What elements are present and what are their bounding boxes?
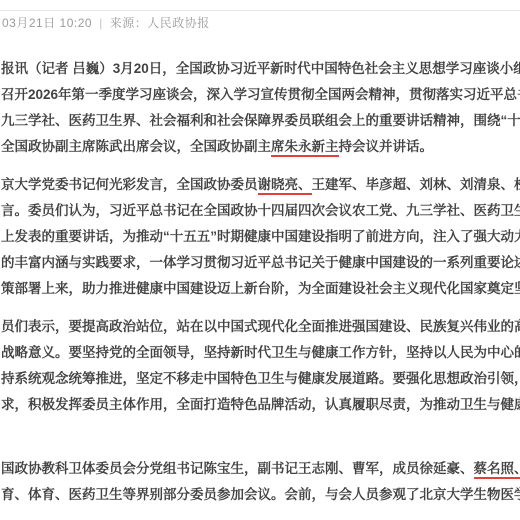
article: 报讯（记者 吕巍）3月20日，全国政协习近平新时代中国特色社会主义思想学习座谈小…: [1, 56, 520, 508]
text-segment: 九三学社、医药卫生界、社会福利和社会保障界委员联组会上的重要讲话精神，围绕“十五…: [1, 113, 520, 128]
meta-separator: |: [99, 16, 103, 30]
article-line: 九三学社、医药卫生界、社会福利和社会保障界委员联组会上的重要讲话精神，围绕“十五…: [1, 108, 520, 134]
paragraph: 京大学党委书记何光彩发言，全国政协委员谢晓亮、王建军、毕彦超、刘林、刘清泉、杜斌…: [1, 172, 520, 302]
article-line: 上发表的重要讲话，为推动“十五五”时期健康中国建设指明了前进方向，注入了强大动力: [1, 224, 520, 250]
article-line: 国政协教科卫体委员会分党组书记陈宝生，副书记王志刚、曹军，成员徐延豪、蔡名照、庹: [1, 456, 520, 482]
source-label: 来源：人民政协报: [110, 16, 210, 30]
text-segment: 策部署上来，助力推进健康中国建设迈上新台阶，为全面建设社会主义现代化国家奠定坚实: [1, 281, 520, 296]
text-segment: 京大学党委书记何光彩发言，全国政协委员: [1, 177, 258, 192]
article-page: 03月21日 10:20|来源：人民政协报 报讯（记者 吕巍）3月20日，全国政…: [0, 0, 520, 520]
text-segment: 员们表示，要提高政治站位，站在以中国式现代化全面推进强国建设、民族复兴伟业的高度: [1, 319, 520, 334]
text-segment: 的丰富内涵与实践要求，一体学习贯彻习近平总书记关于健康中国建设的一系列重要论述，: [1, 255, 520, 270]
article-line: 持系统观念统筹推进，坚定不移走中国特色卫生与健康发展道路。要强化思想政治引领，聚: [1, 366, 520, 392]
publish-datetime: 03月21日 10:20: [2, 16, 92, 30]
article-meta: 03月21日 10:20|来源：人民政协报: [2, 16, 210, 31]
text-segment: 王建军、毕彦超、刘林、刘清泉、杜斌: [312, 177, 520, 192]
text-segment: 持会议并讲话。: [339, 139, 434, 154]
text-segment: 国政协教科卫体委员会分党组书记陈宝生，副书记王志刚、曹军，成员徐延豪、: [1, 461, 474, 476]
text-segment: 战略意义。要坚持党的全面领导，坚持新时代卫生与健康工作方针，坚持以人民为中心的发: [1, 345, 520, 360]
annotated-name-link[interactable]: 谢晓亮、: [258, 177, 312, 195]
article-line: 言。委员们认为，习近平总书记在全国政协十四届四次会议农工党、九三学社、医药卫生界: [1, 198, 520, 224]
top-divider: [0, 10, 520, 11]
text-segment: 召开2026年第一季度学习座谈会，深入学习宣传贯彻全国两会精神，贯彻落实习近平总…: [1, 87, 520, 102]
article-line: 报讯（记者 吕巍）3月20日，全国政协习近平新时代中国特色社会主义思想学习座谈小…: [1, 56, 520, 82]
paragraph: 员们表示，要提高政治站位，站在以中国式现代化全面推进强国建设、民族复兴伟业的高度…: [1, 314, 520, 418]
article-line: 全国政协副主席陈武出席会议，全国政协副主席朱永新主持会议并讲话。: [1, 134, 520, 160]
annotated-name-link[interactable]: 席朱永新主: [271, 139, 339, 157]
text-segment: 全国政协副主席陈武出席会议，全国政协副主: [1, 139, 271, 154]
text-segment: 上发表的重要讲话，为推动“十五五”时期健康中国建设指明了前进方向，注入了强大动力: [1, 229, 520, 244]
article-line: 召开2026年第一季度学习座谈会，深入学习宣传贯彻全国两会精神，贯彻落实习近平总…: [1, 82, 520, 108]
text-segment: 育、体育、医药卫生等界别部分委员参加会议。会前，与会人员参观了北京大学生物医学前: [1, 487, 520, 502]
article-line: 育、体育、医药卫生等界别部分委员参加会议。会前，与会人员参观了北京大学生物医学前: [1, 482, 520, 508]
text-segment: 报讯（记者 吕巍）3月20日，全国政协习近平新时代中国特色社会主义思想学习座谈小…: [1, 61, 520, 76]
article-line: 战略意义。要坚持党的全面领导，坚持新时代卫生与健康工作方针，坚持以人民为中心的发: [1, 340, 520, 366]
text-segment: 持系统观念统筹推进，坚定不移走中国特色卫生与健康发展道路。要强化思想政治引领，聚: [1, 371, 520, 386]
article-line: 策部署上来，助力推进健康中国建设迈上新台阶，为全面建设社会主义现代化国家奠定坚实: [1, 276, 520, 302]
article-line: 京大学党委书记何光彩发言，全国政协委员谢晓亮、王建军、毕彦超、刘林、刘清泉、杜斌: [1, 172, 520, 198]
article-line: 员们表示，要提高政治站位，站在以中国式现代化全面推进强国建设、民族复兴伟业的高度: [1, 314, 520, 340]
paragraph: 报讯（记者 吕巍）3月20日，全国政协习近平新时代中国特色社会主义思想学习座谈小…: [1, 56, 520, 160]
text-segment: 言。委员们认为，习近平总书记在全国政协十四届四次会议农工党、九三学社、医药卫生界: [1, 203, 520, 218]
paragraph: 国政协教科卫体委员会分党组书记陈宝生，副书记王志刚、曹军，成员徐延豪、蔡名照、庹…: [1, 456, 520, 508]
article-line: 的丰富内涵与实践要求，一体学习贯彻习近平总书记关于健康中国建设的一系列重要论述，: [1, 250, 520, 276]
article-line: 求，积极发挥委员主体作用，全面打造特色品牌活动，认真履职尽责，为推动卫生与健康事: [1, 392, 520, 418]
annotated-name-link[interactable]: 蔡名照、庹: [474, 461, 520, 479]
text-segment: 求，积极发挥委员主体作用，全面打造特色品牌活动，认真履职尽责，为推动卫生与健康事: [1, 397, 520, 412]
